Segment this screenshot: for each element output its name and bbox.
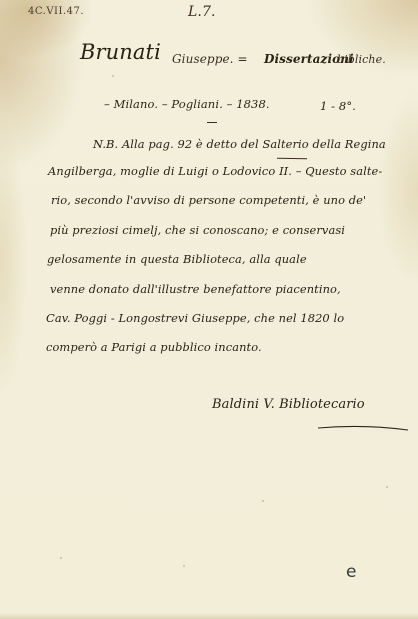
- folio-number: L.7.: [188, 4, 216, 20]
- body-line-3: rio, secondo l'avviso di persone compete…: [51, 193, 366, 207]
- imprint: – Milano. – Pogliani. – 1838.: [104, 97, 270, 111]
- body-line-2: Angilberga, moglie di Luigi o Lodovico I…: [48, 164, 382, 178]
- body-line-6: venne donato dall'illustre benefattore p…: [50, 282, 341, 296]
- librarian-signature: Baldini V. Bibliotecario: [212, 397, 365, 412]
- body-line-7: Cav. Poggi - Longostrevi Giuseppe, che n…: [46, 311, 344, 325]
- author-surname: Brunati: [80, 40, 161, 64]
- paper-speck: [112, 75, 114, 77]
- salterio-underline: [277, 158, 307, 160]
- paper-speck: [183, 565, 185, 567]
- author-given-name: Giuseppe. =: [172, 52, 248, 66]
- underline-stroke: [207, 122, 217, 123]
- paper-speck: [262, 500, 264, 502]
- body-line-5: gelosamente in questa Biblioteca, alla q…: [47, 252, 307, 266]
- manuscript-page: 4C.VII.47. L.7. Brunati Giuseppe. = Diss…: [0, 0, 418, 619]
- corner-mark: e: [346, 562, 357, 582]
- paper-speck: [386, 486, 388, 488]
- work-title-continued: bibliche.: [337, 53, 386, 66]
- signature-flourish-icon: [316, 424, 411, 434]
- volume-format: 1 - 8°.: [320, 99, 356, 113]
- paper-speck: [60, 557, 62, 559]
- shelfmark: 4C.VII.47.: [28, 6, 84, 17]
- body-line-4: più preziosi cimelj, che si conoscano; e…: [50, 223, 345, 237]
- body-line-1: N.B. Alla pag. 92 è detto del Salterio d…: [93, 137, 386, 151]
- body-line-8: comperò a Parigi a pubblico incanto.: [46, 340, 262, 354]
